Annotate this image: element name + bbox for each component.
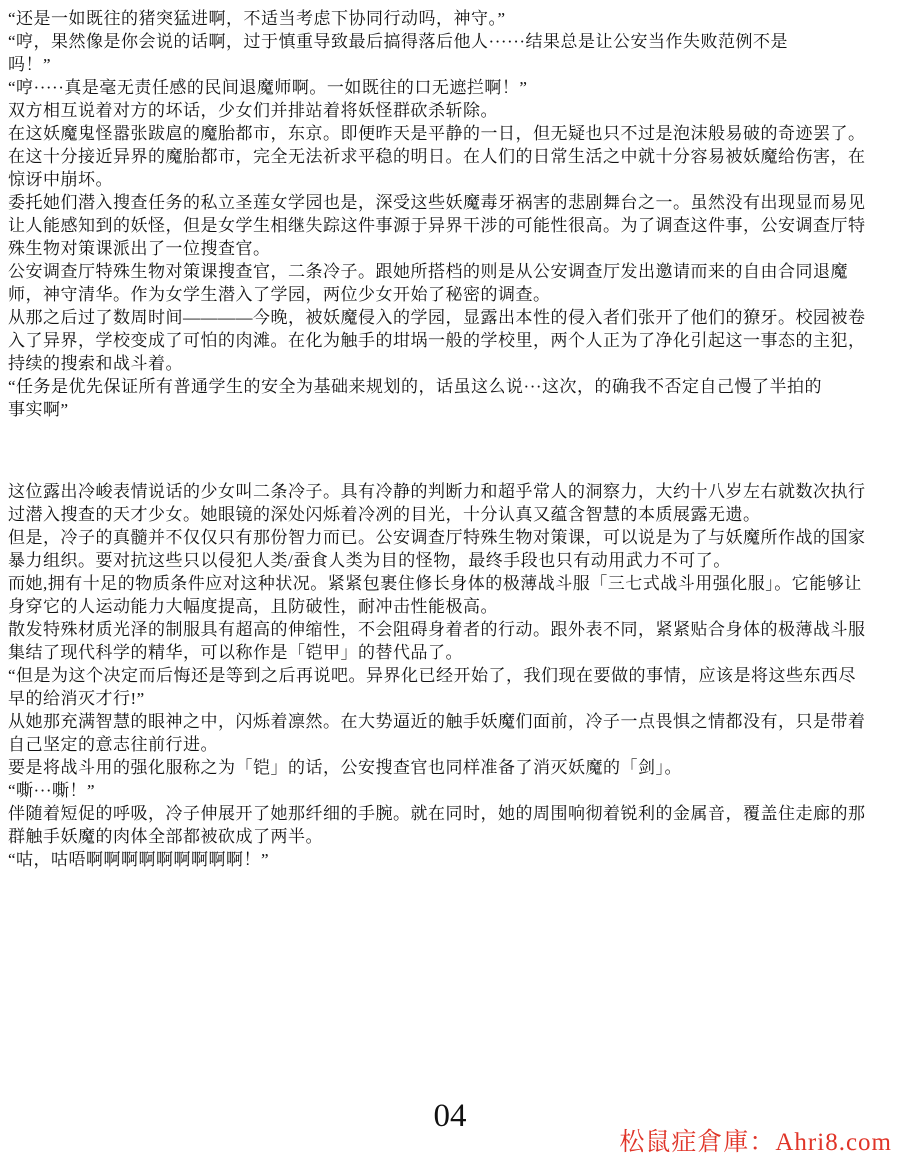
text-line: 过潜入搜查的天才少女。她眼镜的深处闪烁着冷冽的目光，十分认真又蕴含智慧的本质展露… bbox=[8, 503, 894, 526]
text-line: 让人能感知到的妖怪，但是女学生相继失踪这件事源于异界干涉的可能性很高。为了调查这… bbox=[8, 214, 894, 237]
text-line: 自己坚定的意志往前行进。 bbox=[8, 733, 894, 756]
text-block-2: 这位露出冷峻表情说话的少女叫二条冷子。具有冷静的判断力和超乎常人的洞察力，大约十… bbox=[0, 480, 900, 871]
text-line: 暴力组织。要对抗这些只以侵犯人类/蚕食人类为目的怪物，最终手段也只有动用武力不可… bbox=[8, 549, 894, 572]
text-line: 吗！” bbox=[8, 53, 894, 76]
text-line: 但是，冷子的真髓并不仅仅只有那份智力而已。公安调查厅特殊生物对策课，可以说是为了… bbox=[8, 526, 894, 549]
text-line: 这位露出冷峻表情说话的少女叫二条冷子。具有冷静的判断力和超乎常人的洞察力，大约十… bbox=[8, 480, 894, 503]
watermark: 松鼠症倉庫：Ahri8.com bbox=[619, 1122, 892, 1158]
text-line: “但是为这个决定而后悔还是等到之后再说吧。异界化已经开始了，我们现在要做的事情，… bbox=[8, 664, 894, 687]
text-line: “哼，果然像是你会说的话啊，过于慎重导致最后搞得落后他人······结果总是让公… bbox=[8, 30, 894, 53]
text-line: 师，神守清华。作为女学生潜入了学园，两位少女开始了秘密的调查。 bbox=[8, 283, 894, 306]
text-line: 要是将战斗用的强化服称之为「铠」的话，公安搜查官也同样准备了消灭妖魔的「剑」。 bbox=[8, 756, 894, 779]
text-line: 集结了现代科学的精华，可以称作是「铠甲」的替代品了。 bbox=[8, 641, 894, 664]
text-line: 而她,拥有十足的物质条件应对这种状况。紧紧包裹住修长身体的极薄战斗服「三七式战斗… bbox=[8, 572, 894, 595]
text-line: “任务是优先保证所有普通学生的安全为基础来规划的，话虽这么说···这次，的确我不… bbox=[8, 375, 894, 398]
document-page: “还是一如既往的猪突猛进啊，不适当考虑下协同行动吗，神守。”“哼，果然像是你会说… bbox=[0, 0, 900, 1160]
text-line: “嘶···嘶！” bbox=[8, 779, 894, 802]
text-line: 散发特殊材质光泽的制服具有超高的伸缩性，不会阻碍身着者的行动。跟外表不同，紧紧贴… bbox=[8, 618, 894, 641]
text-line: 委托她们潜入搜查任务的私立圣莲女学园也是，深受这些妖魔毒牙祸害的悲剧舞台之一。虽… bbox=[8, 191, 894, 214]
text-line: 公安调查厅特殊生物对策课搜查官，二条冷子。跟她所搭档的则是从公安调查厅发出邀请而… bbox=[8, 260, 894, 283]
text-line: 殊生物对策课派出了一位搜查官。 bbox=[8, 237, 894, 260]
text-line: 从她那充满智慧的眼神之中，闪烁着凛然。在大势逼近的触手妖魔们面前，冷子一点畏惧之… bbox=[8, 710, 894, 733]
text-line: 在这十分接近异界的魔胎都市，完全无法祈求平稳的明日。在人们的日常生活之中就十分容… bbox=[8, 145, 894, 168]
text-line: 群触手妖魔的肉体全部都被砍成了两半。 bbox=[8, 825, 894, 848]
text-line: 从那之后过了数周时间————今晚，被妖魔侵入的学园，显露出本性的侵入者们张开了他… bbox=[8, 306, 894, 329]
text-line: 持续的搜索和战斗着。 bbox=[8, 352, 894, 375]
text-line: “哼·····真是毫无责任感的民间退魔师啊。一如既往的口无遮拦啊！” bbox=[8, 76, 894, 99]
text-line: “咕，咕唔啊啊啊啊啊啊啊啊啊！” bbox=[8, 848, 894, 871]
text-line: 入了异界，学校变成了可怕的肉滩。在化为触手的坩埚一般的学校里，两个人正为了净化引… bbox=[8, 329, 894, 352]
text-line: 早的给消灭才行!” bbox=[8, 687, 894, 710]
text-line: 惊讶中崩坏。 bbox=[8, 168, 894, 191]
text-line: 事实啊” bbox=[8, 398, 894, 421]
text-block-1: “还是一如既往的猪突猛进啊，不适当考虑下协同行动吗，神守。”“哼，果然像是你会说… bbox=[0, 0, 900, 421]
text-line: 双方相互说着对方的坏话，少女们并排站着将妖怪群砍杀斩除。 bbox=[8, 99, 894, 122]
text-line: 身穿它的人运动能力大幅度提高，且防破性，耐冲击性能极高。 bbox=[8, 595, 894, 618]
text-line: 伴随着短促的呼吸，冷子伸展开了她那纤细的手腕。就在同时，她的周围响彻着锐利的金属… bbox=[8, 802, 894, 825]
text-line: 在这妖魔鬼怪嚣张跋扈的魔胎都市，东京。即便昨天是平静的一日，但无疑也只不过是泡沫… bbox=[8, 122, 894, 145]
text-line: “还是一如既往的猪突猛进啊，不适当考虑下协同行动吗，神守。” bbox=[8, 7, 894, 30]
